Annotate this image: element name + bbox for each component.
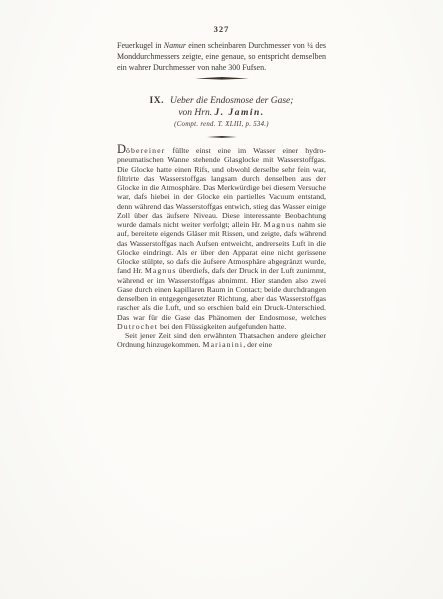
article-heading: IX.Ueber die Endosmose der Gase; von Hrn… <box>117 95 326 129</box>
article-body: Döbereiner füllte einst eine im Wasser e… <box>117 146 326 350</box>
author-spaced: öbereiner <box>126 146 165 155</box>
body-paragraph-1: Döbereiner füllte einst eine im Wasser e… <box>117 146 326 331</box>
swelled-rule-divider-icon <box>195 76 249 81</box>
person-name-spaced: Magnus <box>145 266 177 275</box>
article-title: Ueber die Endosmose der Gase; <box>170 96 293 106</box>
section-number: IX. <box>150 96 164 106</box>
source-citation: (Compt. rend. T. XLIII, p. 534.) <box>117 120 326 129</box>
place-name: Namur <box>164 41 186 50</box>
swelled-rule-divider-icon <box>207 135 237 139</box>
body-text: , der eine <box>243 340 272 349</box>
byline-prefix: von Hrn. <box>178 108 214 118</box>
person-name-spaced: Dutrochet <box>117 322 158 331</box>
page-number: 327 <box>117 24 326 34</box>
fragment-text: Feuerkugel in <box>117 41 164 50</box>
author-name: J. Jamin. <box>214 108 264 118</box>
body-text: bei den Flüssigkeiten aufgefunden hatte. <box>158 322 286 331</box>
article-title-line: IX.Ueber die Endosmose der Gase; <box>117 95 326 107</box>
body-text: füllte einst eine im Wasser einer hydro-… <box>117 146 326 229</box>
raised-initial: D <box>117 142 126 156</box>
author-byline: von Hrn. J. Jamin. <box>117 107 326 120</box>
body-paragraph-2: Seit jener Zeit sind den erwähnten Thats… <box>117 331 326 350</box>
person-name-spaced: Magnus <box>264 220 296 229</box>
previous-article-fragment: Feuerkugel in Namur einen scheinbaren Du… <box>117 40 326 74</box>
scanned-book-page: 327 Feuerkugel in Namur einen scheinbare… <box>0 0 443 599</box>
person-name-spaced: Marianini <box>203 340 244 349</box>
body-text: überdiefs, dafs der Druck in der Luft zu… <box>117 266 326 321</box>
